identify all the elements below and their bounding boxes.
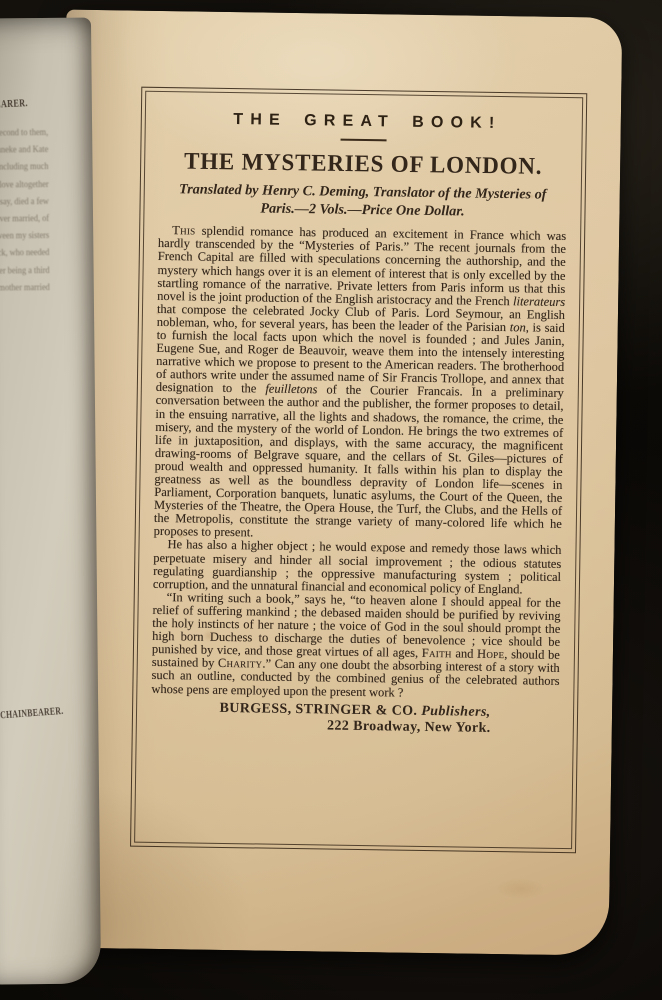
- faint-text-line: Anneke and Kate: [0, 141, 48, 160]
- left-page-running-head-top: CHAINBEARER.: [0, 98, 28, 113]
- left-page-running-head-bottom: CHAINBEARER.: [0, 706, 64, 721]
- faint-text-line: stand second to them,: [0, 124, 48, 143]
- printed-frame-inner: THE GREAT BOOK! THE MYSTERIES OF LONDON.…: [134, 91, 583, 849]
- faint-text-line: Ten Eyck, who needed: [0, 244, 49, 263]
- header-divider-rule: [341, 139, 387, 142]
- advert-header: THE GREAT BOOK!: [160, 110, 568, 134]
- faint-text-line: I must say, died a few: [0, 193, 49, 212]
- faint-text-line: ted in her being a third: [0, 262, 50, 281]
- faint-text-line: property, including much: [0, 158, 49, 177]
- advert-title: THE MYSTERIES OF LONDON.: [159, 147, 567, 180]
- text-segment: splendid romance has produced an excitem…: [157, 224, 566, 308]
- advertisement-page: THE GREAT BOOK! THE MYSTERIES OF LONDON.…: [53, 10, 623, 956]
- book-photograph: CHAINBEARER. stand second to them,Anneke…: [0, 0, 662, 1000]
- faint-text-line: She never married, of: [0, 210, 49, 229]
- text-segment: ton: [510, 320, 526, 334]
- text-segment: He has also a higher object ; he would e…: [153, 538, 562, 597]
- faint-text-line: was no love altogether: [0, 176, 49, 195]
- paragraph: “In writing such a book,” says he, “to h…: [151, 591, 561, 702]
- body-paragraphs: This splendid romance has produced an ex…: [151, 224, 566, 701]
- paragraph: This splendid romance has produced an ex…: [154, 224, 567, 544]
- text-segment: of the Courier Francais. In a preliminar…: [154, 383, 564, 540]
- printed-frame-outer: THE GREAT BOOK! THE MYSTERIES OF LONDON.…: [130, 87, 587, 854]
- left-page-text-fragments: stand second to them,Anneke and Kateprop…: [0, 124, 50, 298]
- text-segment: BURGESS, STRINGER & CO.: [219, 701, 421, 719]
- text-segment: Publishers,: [421, 703, 491, 719]
- left-page-edge: CHAINBEARER. stand second to them,Anneke…: [0, 17, 101, 984]
- advert-subtitle: Translated by Henry C. Deming, Translato…: [168, 181, 556, 222]
- paragraph: He has also a higher object ; he would e…: [153, 538, 562, 596]
- faint-text-line: My mother married: [0, 279, 50, 298]
- faint-text-line: property between my sisters: [0, 227, 49, 246]
